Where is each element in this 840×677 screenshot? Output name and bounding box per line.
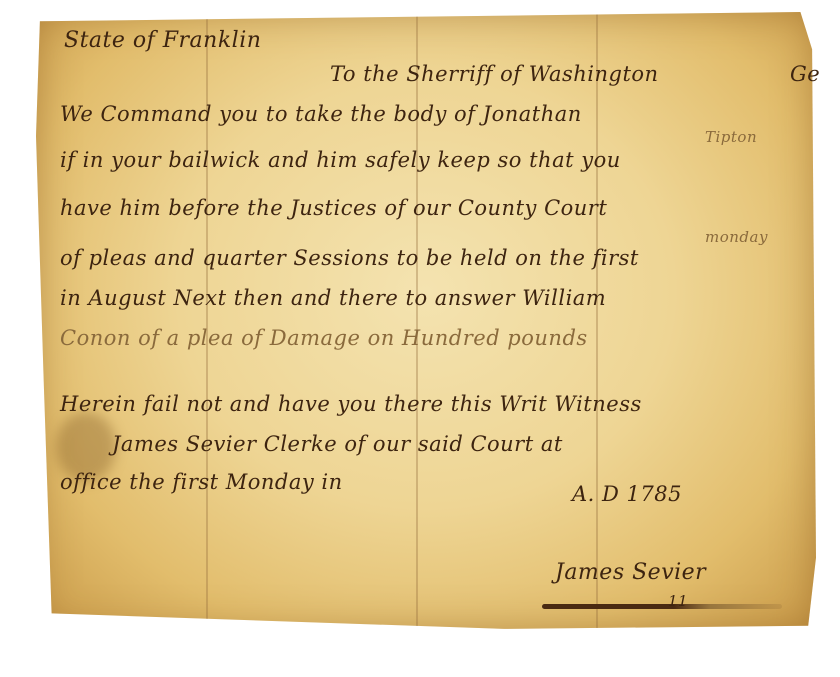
signature-mark: 11: [668, 592, 688, 610]
address-suffix: Ge: [790, 62, 820, 86]
signature-flourish: [542, 604, 782, 609]
closing-line: James Sevier Clerke of our said Court at: [112, 432, 563, 456]
closing-line: Herein fail not and have you there this …: [60, 392, 642, 416]
address-line: To the Sherriff of Washington: [330, 62, 659, 86]
body-line: Conon of a plea of Damage on Hundred pou…: [60, 326, 588, 350]
closing-line: office the first Monday in: [60, 470, 343, 494]
document-date: A. D 1785: [572, 482, 682, 506]
signature: James Sevier: [555, 560, 706, 585]
body-line: if in your bailwick and him safely keep …: [60, 148, 621, 172]
interlineation: Tipton: [705, 128, 757, 146]
document-header: State of Franklin: [64, 28, 261, 53]
body-line: in August Next then and there to answer …: [60, 286, 606, 310]
interlineation: monday: [705, 228, 768, 246]
body-line: of pleas and quarter Sessions to be held…: [60, 246, 639, 270]
body-line: We Command you to take the body of Jonat…: [60, 102, 582, 126]
body-line: have him before the Justices of our Coun…: [60, 196, 607, 220]
fold-crease: [596, 12, 598, 632]
